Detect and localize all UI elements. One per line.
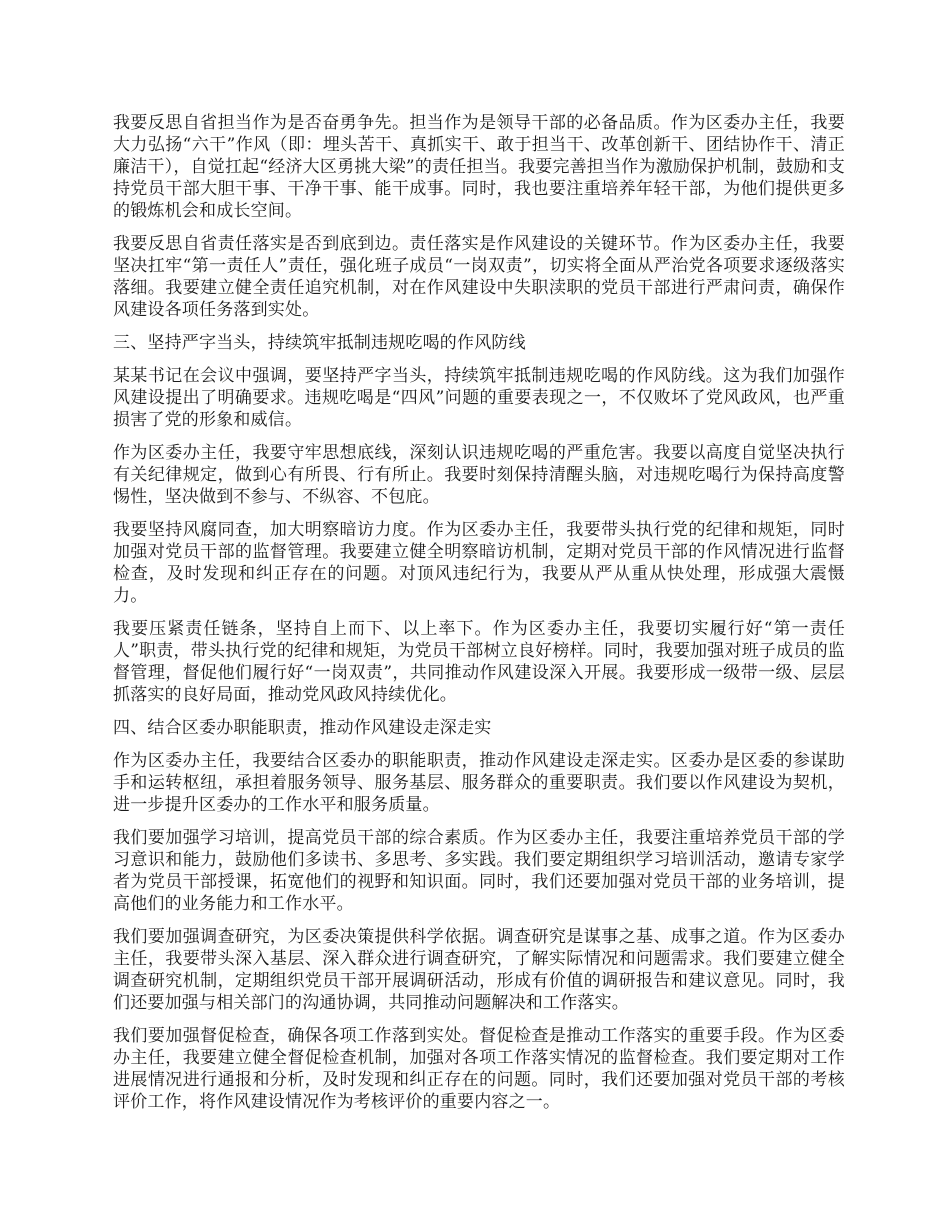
- paragraph-supervision: 我们要加强督促检查，确保各项工作落到实处。督促检查是推动工作落实的重要手段。作为…: [113, 1025, 845, 1113]
- paragraph-research: 我们要加强调查研究，为区委决策提供科学依据。调查研究是谋事之基、成事之道。作为区…: [113, 926, 845, 1014]
- paragraph-responsibility-chain: 我要压紧责任链条，坚持自上而下、以上率下。作为区委办主任，我要切实履行好“第一责…: [113, 618, 845, 706]
- section-heading-4: 四、结合区委办职能职责，推动作风建设走深走实: [113, 717, 845, 739]
- paragraph-responsibility-taking: 我要反思自省担当作为是否奋勇争先。担当作为是领导干部的必备品质。作为区委办主任，…: [113, 112, 845, 222]
- document-page: 我要反思自省担当作为是否奋勇争先。担当作为是领导干部的必备品质。作为区委办主任，…: [113, 112, 845, 1124]
- paragraph-training: 我们要加强学习培训，提高党员干部的综合素质。作为区委办主任，我要注重培养党员干部…: [113, 827, 845, 915]
- paragraph-secretary-emphasis: 某某书记在会议中强调，要坚持严字当头，持续筑牢抵制违规吃喝的作风防线。这为我们加…: [113, 365, 845, 431]
- paragraph-inspection: 我要坚持风腐同查，加大明察暗访力度。作为区委办主任，我要带头执行党的纪律和规矩，…: [113, 519, 845, 607]
- paragraph-office-functions: 作为区委办主任，我要结合区委办的职能职责，推动作风建设走深走实。区委办是区委的参…: [113, 750, 845, 816]
- paragraph-ideological-bottom-line: 作为区委办主任，我要守牢思想底线，深刻认识违规吃喝的严重危害。我要以高度自觉坚决…: [113, 442, 845, 508]
- paragraph-responsibility-implementation: 我要反思自省责任落实是否到底到边。责任落实是作风建设的关键环节。作为区委办主任，…: [113, 233, 845, 321]
- section-heading-3: 三、坚持严字当头，持续筑牢抵制违规吃喝的作风防线: [113, 332, 845, 354]
